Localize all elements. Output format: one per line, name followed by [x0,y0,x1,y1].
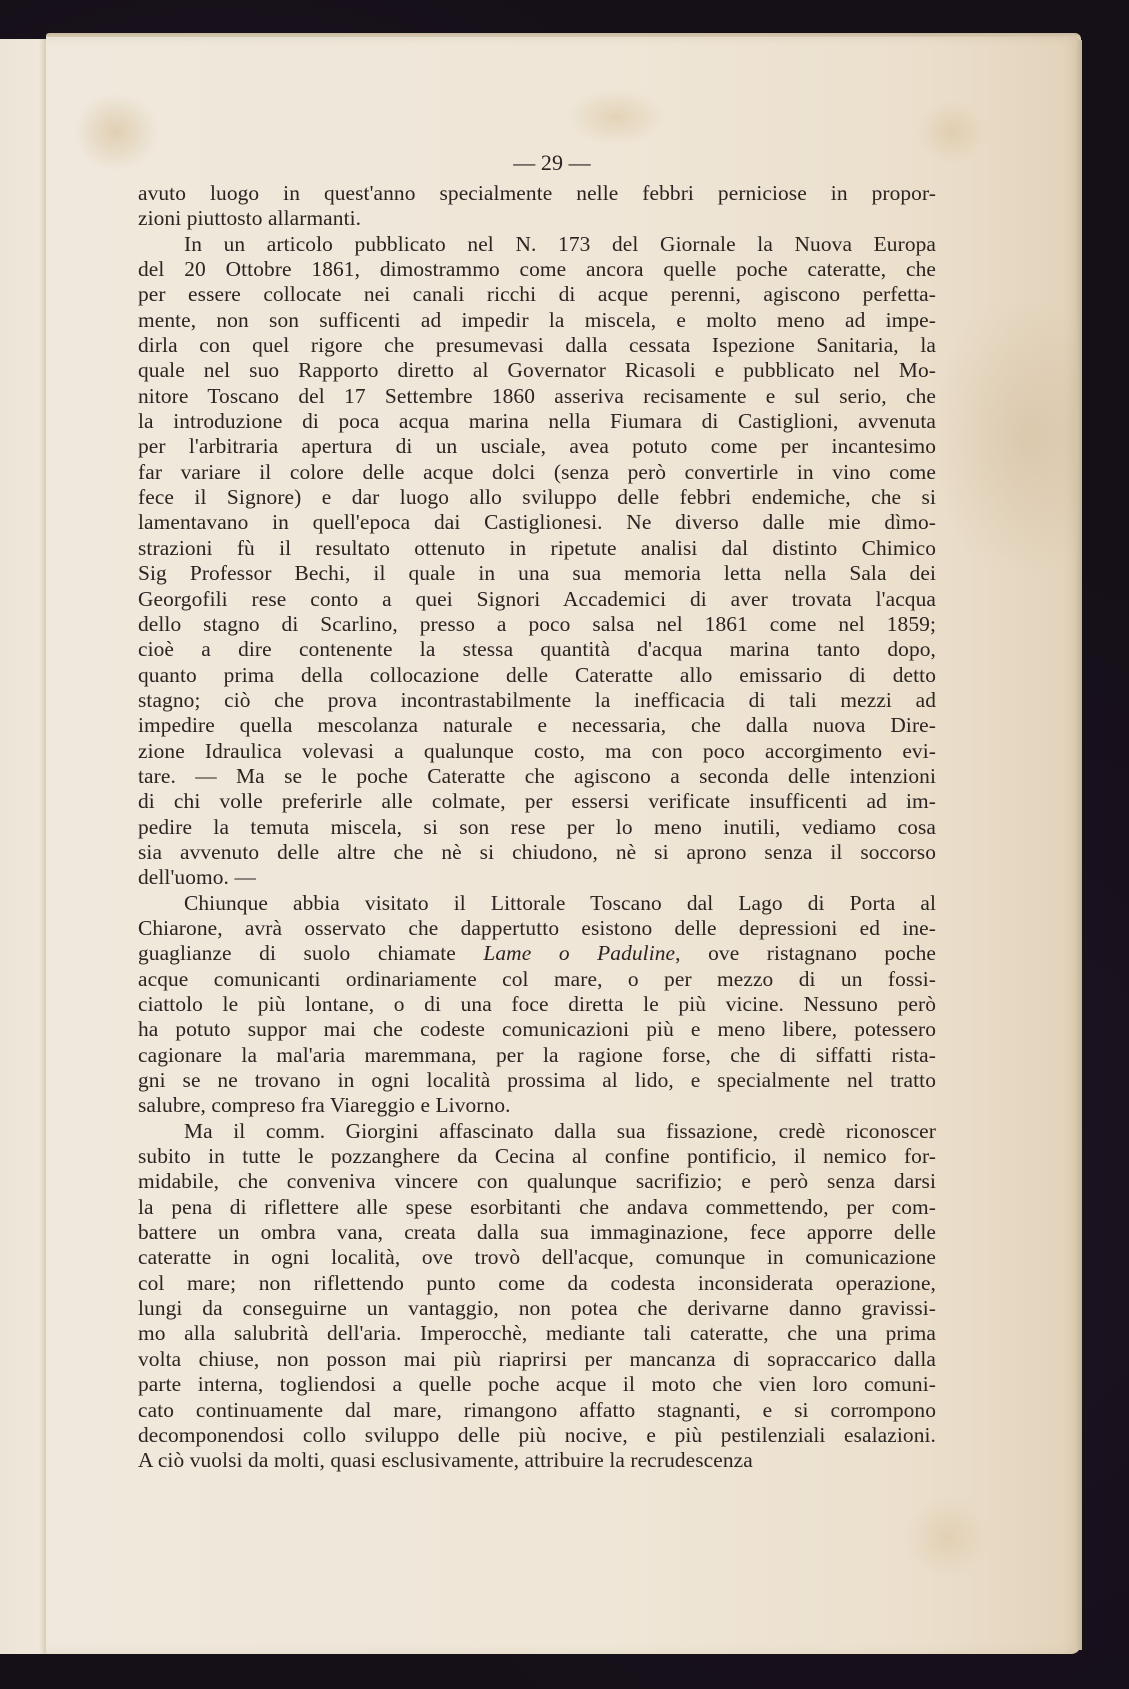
text-line: guaglianze di suolo chiamate Lame o Padu… [138,941,936,966]
text-line: ciattolo le più lontane, o di una foce d… [138,992,936,1017]
facing-page-edge [0,39,47,1654]
text-line: volta chiuse, non posson mai più riaprir… [138,1347,936,1372]
text-line: cateratte in ogni località, ove trovò de… [138,1245,936,1270]
text-line: pedire la temuta miscela, si son rese pe… [138,815,936,840]
text-line: fece il Signore) e dar luogo allo svilup… [138,485,936,510]
text-line: cioè a dire contenente la stessa quantit… [138,637,936,662]
paragraph: avuto luogo in quest'anno specialmente n… [138,181,936,232]
text-line: strazioni fù il resultato ottenuto in ri… [138,536,936,561]
italic-term: Lame o Paduline [483,941,675,965]
paragraph: Chiunque abbia visitato il Littorale Tos… [138,891,936,1119]
text-line: impedire quella mescolanza naturale e ne… [138,713,936,738]
text-line: acque comunicanti ordinariamente col mar… [138,967,936,992]
text-line: ha potuto suppor mai che codeste comunic… [138,1017,936,1042]
text-line: mente, non son sufficenti ad impedir la … [138,308,936,333]
text-line: parte interna, togliendosi a quelle poch… [138,1372,936,1397]
text-line: di chi volle preferirle alle colmate, pe… [138,789,936,814]
text-line: subito in tutte le pozzanghere da Cecina… [138,1144,936,1169]
text-line: quale nel suo Rapporto diretto al Govern… [138,358,936,383]
text-line: per essere collocate nei canali ricchi d… [138,282,936,307]
paragraph: Ma il comm. Giorgini affascinato dalla s… [138,1119,936,1474]
text-line: midabile, che conveniva vincere con qual… [138,1169,936,1194]
text-line: stagno; ciò che prova incontrastabilment… [138,688,936,713]
text-line: decomponendosi collo sviluppo delle più … [138,1423,936,1448]
page-fore-edge [1076,40,1082,1650]
text-line: zioni piuttosto allarmanti. [138,206,936,231]
text-line: Sig Professor Bechi, il quale in una sua… [138,561,936,586]
text-line: Chiunque abbia visitato il Littorale Tos… [138,891,936,916]
text-line: A ciò vuolsi da molti, quasi esclusivame… [138,1448,936,1473]
text-line: quanto prima della collocazione delle Ca… [138,663,936,688]
text-line: In un articolo pubblicato nel N. 173 del… [138,232,936,257]
text-line: col mare; non riflettendo punto come da … [138,1271,936,1296]
text-line: dello stagno di Scarlino, presso a poco … [138,612,936,637]
text-line: cagionare la mal'aria maremmana, per la … [138,1043,936,1068]
text-line: dirla con quel rigore che presumevasi da… [138,333,936,358]
text-line: del 20 Ottobre 1861, dimostrammo come an… [138,257,936,282]
body-text: avuto luogo in quest'anno specialmente n… [138,181,936,1474]
text-line: Ma il comm. Giorgini affascinato dalla s… [138,1119,936,1144]
text-line: mo alla salubrità dell'aria. Imperocchè,… [138,1321,936,1346]
text-line: nitore Toscano del 17 Settembre 1860 ass… [138,384,936,409]
text-line: lungi da conseguirne un vantaggio, non p… [138,1296,936,1321]
page-number: — 29 — [138,150,936,180]
text-line: Chiarone, avrà osservato che dappertutto… [138,916,936,941]
paragraph: In un articolo pubblicato nel N. 173 del… [138,232,936,891]
page-text: — 29 — avuto luogo in quest'anno special… [138,150,936,1474]
text-line: zione Idraulica volevasi a qualunque cos… [138,739,936,764]
text-line: per l'arbitraria apertura di un usciale,… [138,434,936,459]
text-line: dell'uomo. — [138,865,936,890]
text-line: Georgofili rese conto a quei Signori Acc… [138,587,936,612]
text-line: la introduzione di poca acqua marina nel… [138,409,936,434]
text-line: lamentavano in quell'epoca dai Castiglio… [138,510,936,535]
text-line: la pena di riflettere alle spese esorbit… [138,1195,936,1220]
text-line: tare. — Ma se le poche Cateratte che agi… [138,764,936,789]
text-line: salubre, compreso fra Viareggio e Livorn… [138,1093,936,1118]
text-line: battere un ombra vana, creata dalla sua … [138,1220,936,1245]
text-line: gni se ne trovano in ogni località pross… [138,1068,936,1093]
text-line: avuto luogo in quest'anno specialmente n… [138,181,936,206]
text-line: sia avvenuto delle altre che nè si chiud… [138,840,936,865]
text-line: far variare il colore delle acque dolci … [138,460,936,485]
text-line: cato continuamente dal mare, rimangono a… [138,1398,936,1423]
